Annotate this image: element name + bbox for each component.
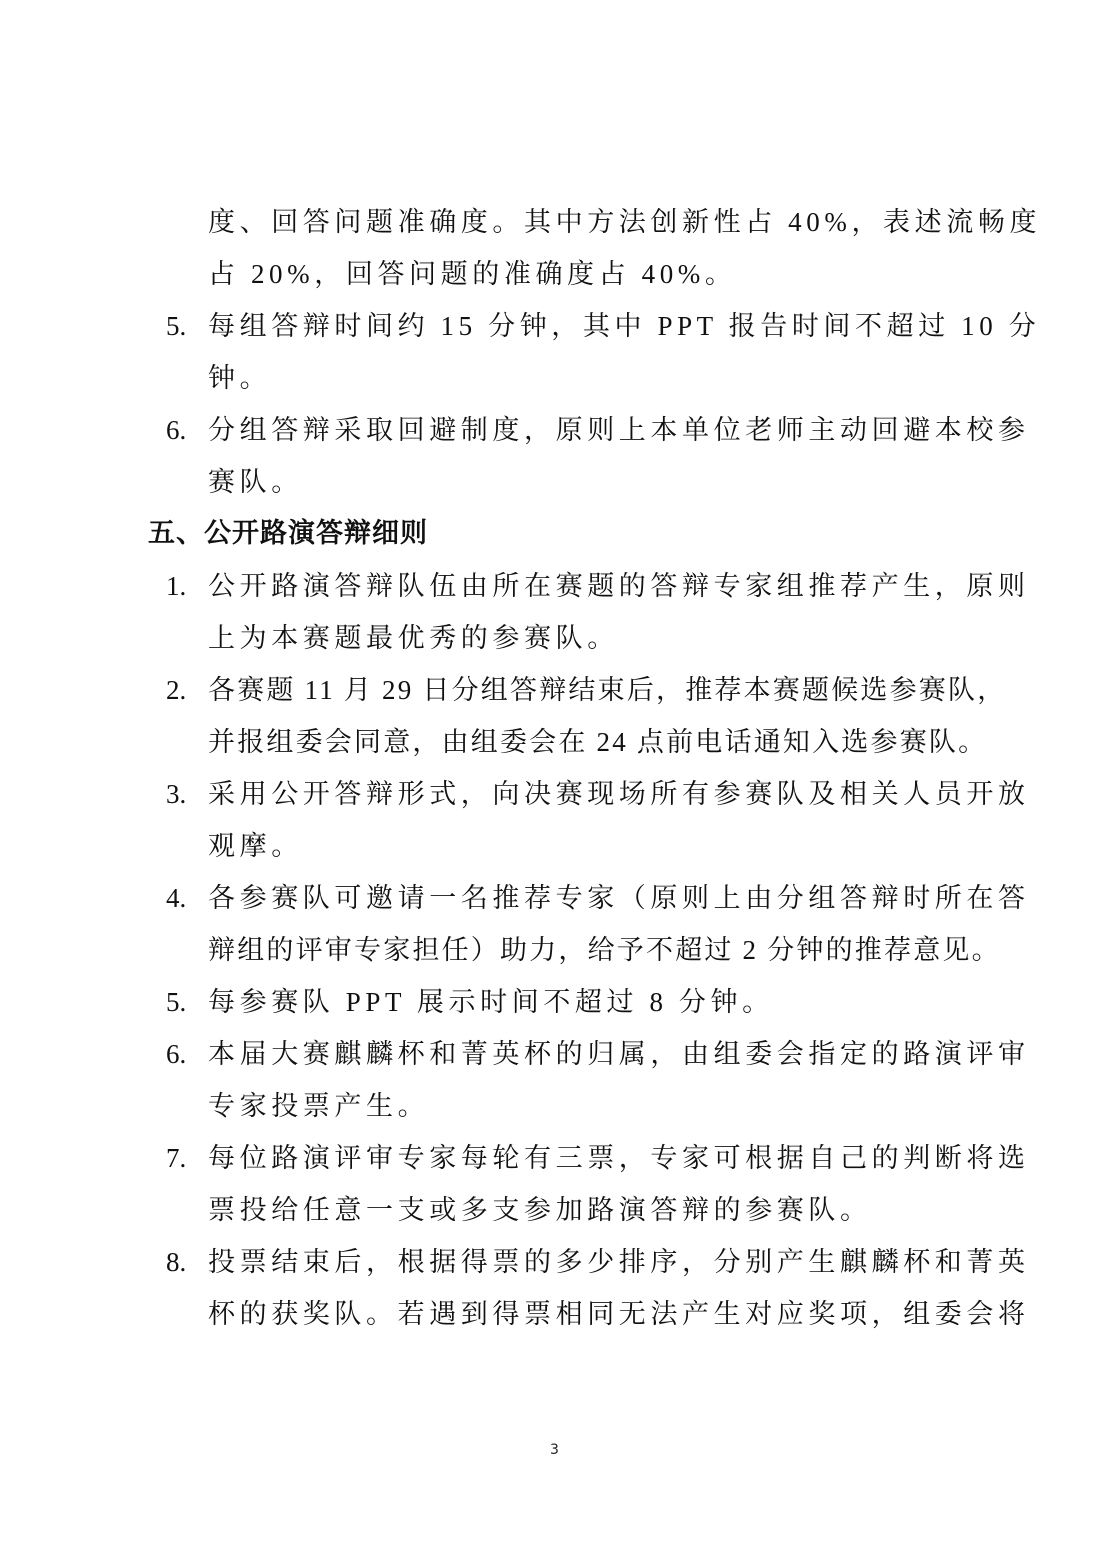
list-item-number: 8. [166,1245,186,1279]
page-number: 3 [550,1442,559,1458]
list-item-line: 上为本赛题最优秀的参赛队。 [208,621,619,655]
list-item-number: 6. [166,413,186,447]
list-item-line: 票投给任意一支或多支参加路演答辩的参赛队。 [208,1193,872,1227]
list-item-line: 分组答辩采取回避制度，原则上本单位老师主动回避本校参 [208,413,1030,447]
list-item-line: 观摩。 [208,829,303,863]
list-item-line: 公开路演答辩队伍由所在赛题的答辩专家组推荐产生，原则 [208,569,1030,603]
section-heading: 五、公开路演答辩细则 [148,517,428,551]
list-item-number: 7. [166,1141,186,1175]
list-item-line: 赛队。 [208,465,303,499]
list-item-line: 投票结束后，根据得票的多少排序，分别产生麒麟杯和菁英 [208,1245,1030,1279]
list-item-number: 6. [166,1037,186,1071]
list-item-number: 1. [166,569,186,603]
list-item-line: 各赛题 11 月 29 日分组答辩结束后，推荐本赛题候选参赛队， [208,673,1006,707]
continuation-line-2: 占 20%，回答问题的准确度占 40%。 [208,257,736,291]
list-item-line: 并报组委会同意，由组委会在 24 点前电话通知入选参赛队。 [208,725,987,759]
list-item-number: 2. [166,673,186,707]
list-item-number: 5. [166,309,186,343]
list-item-number: 5. [166,985,186,1019]
list-item-line: 每参赛队 PPT 展示时间不超过 8 分钟。 [208,985,774,1019]
list-item-number: 4. [166,881,186,915]
list-item-line: 辩组的评审专家担任）助力，给予不超过 2 分钟的推荐意见。 [208,933,1001,967]
document-page: 度、回答问题准确度。其中方法创新性占 40%，表述流畅度 占 20%，回答问题的… [0,0,1100,1550]
list-item-line: 钟。 [208,361,271,395]
list-item-line: 专家投票产生。 [208,1089,429,1123]
list-item-line: 每位路演评审专家每轮有三票，专家可根据自己的判断将选 [208,1141,1030,1175]
continuation-line-1: 度、回答问题准确度。其中方法创新性占 40%，表述流畅度 [208,205,1041,239]
list-item-line: 采用公开答辩形式，向决赛现场所有参赛队及相关人员开放 [208,777,1030,811]
list-item-line: 每组答辩时间约 15 分钟，其中 PPT 报告时间不超过 10 分 [208,309,1040,343]
list-item-line: 各参赛队可邀请一名推荐专家（原则上由分组答辩时所在答 [208,881,1030,915]
list-item-line: 本届大赛麒麟杯和菁英杯的归属，由组委会指定的路演评审 [208,1037,1030,1071]
list-item-line: 杯的获奖队。若遇到得票相同无法产生对应奖项，组委会将 [208,1297,1030,1331]
list-item-number: 3. [166,777,186,811]
